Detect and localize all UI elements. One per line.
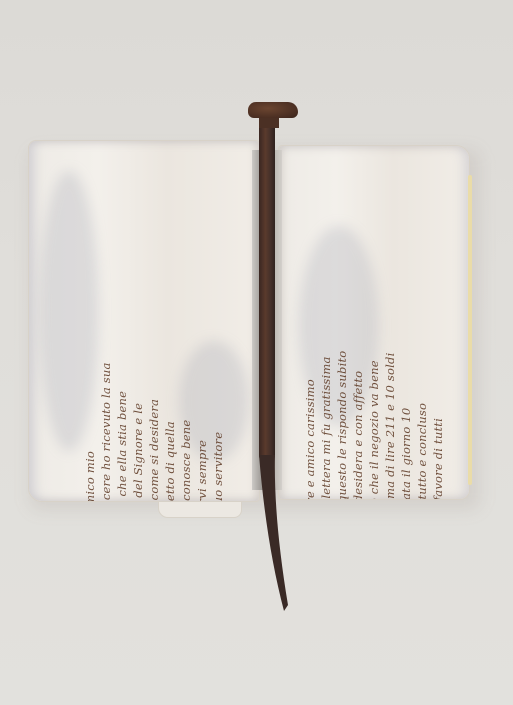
- handwriting-line: per la grazia del Signore e le: [130, 248, 146, 502]
- handwriting-line: e cosi tutto e concluso: [414, 198, 430, 500]
- handwriting-line: e mi creda suo servitore: [210, 248, 226, 502]
- handwriting-line: come desidera e con affetto: [350, 198, 366, 500]
- handwriting-line: Carissimo Amico mio: [82, 248, 98, 502]
- handwriting-line: fu pagata il giorno 10: [398, 198, 414, 500]
- left-page-handwriting: Carissimo Amico mio Con gran piacere ho …: [82, 248, 226, 502]
- handwriting-line: e mi rallegro che ella stia bene: [114, 248, 130, 502]
- handwriting-line: Signore e amico carissimo: [302, 198, 318, 500]
- handwriting-line: e che le ho detto di quella: [162, 248, 178, 502]
- handwriting-line: persona che conosce bene: [178, 248, 194, 502]
- right-page: Signore e amico carissimo la sua lettera…: [278, 145, 470, 500]
- photo-scene: Carissimo Amico mio Con gran piacere ho …: [0, 0, 513, 705]
- handwriting-line: Con gran piacere ho ricevuto la sua: [98, 248, 114, 502]
- handwriting-line: cose vadano come si desidera: [146, 248, 162, 502]
- right-page-handwriting: Signore e amico carissimo la sua lettera…: [302, 198, 446, 500]
- handwriting-line: la sua lettera mi fu gratissima: [318, 198, 334, 500]
- left-page: Carissimo Amico mio Con gran piacere ho …: [28, 140, 260, 502]
- handwriting-line: Dio la conservi sempre: [194, 248, 210, 502]
- nail-tip: [248, 455, 288, 615]
- nail-shank: [259, 120, 275, 460]
- handwriting-line: e per questo le rispondo subito: [334, 198, 350, 500]
- nail-head: [248, 102, 298, 118]
- handwriting-line: le dico che il negozio va bene: [366, 198, 382, 500]
- page-edges: [468, 175, 472, 485]
- handwriting-line: con il favore di tutti: [430, 198, 446, 500]
- handwriting-line: la somma di lire 211 e 10 soldi: [382, 198, 398, 500]
